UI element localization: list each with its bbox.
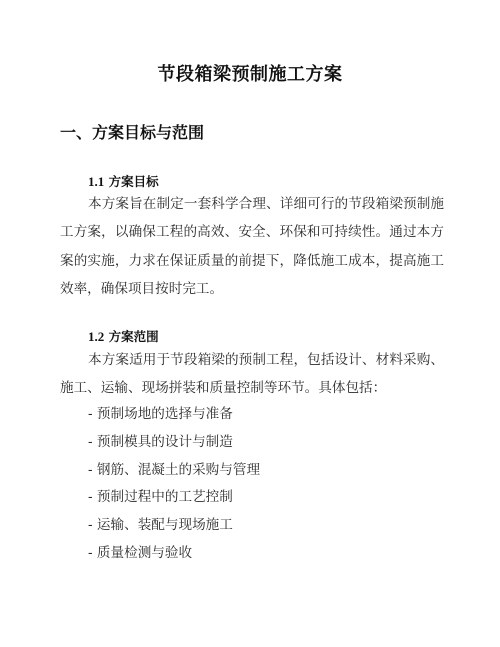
- list-item: - 运输、装配与现场施工: [88, 512, 260, 540]
- paragraph-objective: 本方案旨在制定一套科学合理、详细可行的节段箱梁预制施工方案，以确保工程的高效、安…: [60, 190, 444, 303]
- list-item: - 预制过程中的工艺控制: [88, 484, 260, 512]
- subsection-number: 1.2: [88, 329, 104, 344]
- subsection-title: 方案目标: [109, 174, 159, 189]
- subsection-number: 1.1: [88, 174, 104, 189]
- subsection-heading-1-2: 1.2 方案范围: [88, 327, 159, 347]
- section-heading: 一、方案目标与范围: [60, 121, 204, 145]
- list-item: - 质量检测与验收: [88, 540, 260, 568]
- list-item: - 预制模具的设计与制造: [88, 429, 260, 457]
- subsection-heading-1-1: 1.1 方案目标: [88, 172, 159, 192]
- list-item: - 预制场地的选择与准备: [88, 401, 260, 429]
- paragraph-scope: 本方案适用于节段箱梁的预制工程，包括设计、材料采购、施工、运输、现场拼装和质量控…: [60, 346, 444, 403]
- scope-list: - 预制场地的选择与准备 - 预制模具的设计与制造 - 钢筋、混凝土的采购与管理…: [88, 401, 260, 568]
- document-page: 节段箱梁预制施工方案 一、方案目标与范围 1.1 方案目标 本方案旨在制定一套科…: [0, 0, 500, 647]
- list-item: - 钢筋、混凝土的采购与管理: [88, 457, 260, 485]
- document-title: 节段箱梁预制施工方案: [0, 62, 500, 88]
- subsection-title: 方案范围: [109, 329, 159, 344]
